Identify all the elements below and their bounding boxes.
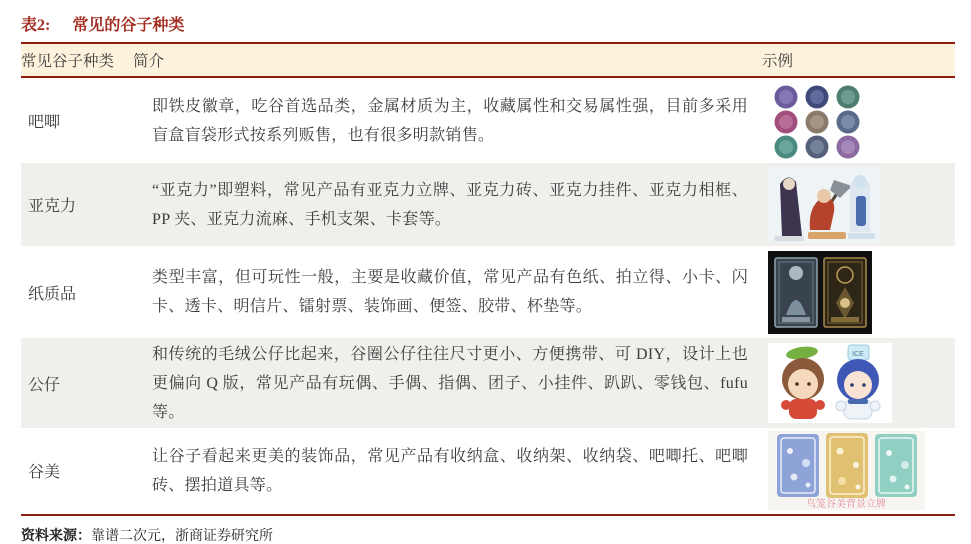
header-example-column: 示例 [759, 49, 955, 71]
ice-cube-label: ICE [852, 351, 864, 358]
row-type-label: 公仔 [21, 372, 152, 395]
table-title-text: 常见的谷子种类 [72, 12, 184, 35]
table-number: 表2: [21, 12, 50, 35]
table-bottom-border [21, 514, 955, 516]
badge-pins-image [768, 83, 866, 159]
row-type-label: 吧唧 [21, 109, 152, 132]
table-row: 纸质品 类型丰富，但可玩性一般，主要是收藏价值，常见产品有色纸、拍立得、小卡、闪… [21, 246, 955, 338]
row-type-label: 纸质品 [21, 281, 152, 304]
row-type-label: 亚克力 [21, 193, 152, 216]
table-row: 吧唧 即铁皮徽章，吃谷首选品类，金属材质为主，收藏属性和交易属性强，目前多采用盲… [21, 78, 955, 163]
row-example-cell: ICE [762, 340, 955, 426]
header-type-column: 常见谷子种类 [21, 49, 133, 71]
report-table: 表2: 常见的谷子种类 常见谷子种类 简介 示例 吧唧 即铁皮徽章，吃谷首选品类… [0, 0, 971, 544]
row-intro-text: “亚克力”即塑料，常见产品有亚克力立牌、亚克力砖、亚克力挂件、亚克力相框、PP … [152, 176, 762, 234]
row-example-cell: 鸟笼谷美背景立牌 [762, 428, 955, 513]
display-stands-caption: 鸟笼谷美背景立牌 [806, 497, 886, 510]
row-example-cell [762, 80, 955, 162]
acrylic-standees-image [768, 166, 881, 243]
table-row: 公仔 和传统的毛绒公仔比起来，谷圈公仔往往尺寸更小、方便携带、可 DIY，设计上… [21, 338, 955, 428]
row-example-cell [762, 248, 955, 337]
table-row: 亚克力 “亚克力”即塑料，常见产品有亚克力立牌、亚克力砖、亚克力挂件、亚克力相框… [21, 163, 955, 246]
plush-dolls-image: ICE [768, 343, 892, 423]
header-intro-column: 简介 [133, 49, 759, 71]
row-intro-text: 即铁皮徽章，吃谷首选品类，金属材质为主，收藏属性和交易属性强，目前多采用盲盒盲袋… [152, 92, 762, 150]
table-title: 表2: 常见的谷子种类 [21, 12, 955, 35]
source-note: 资料来源：靠谱二次元，浙商证券研究所 [21, 525, 955, 544]
collector-cards-image [768, 251, 872, 334]
display-stands-image: 鸟笼谷美背景立牌 [768, 431, 925, 510]
source-label: 资料来源： [21, 529, 91, 544]
table-header-row: 常见谷子种类 简介 示例 [21, 44, 955, 78]
source-text: 靠谱二次元，浙商证券研究所 [91, 529, 273, 544]
row-type-label: 谷美 [21, 459, 152, 482]
row-intro-text: 类型丰富，但可玩性一般，主要是收藏价值，常见产品有色纸、拍立得、小卡、闪卡、透卡… [152, 263, 762, 321]
table-row: 谷美 让谷子看起来更美的装饰品，常见产品有收纳盒、收纳架、收纳袋、吧唧托、吧唧砖… [21, 428, 955, 513]
row-intro-text: 让谷子看起来更美的装饰品，常见产品有收纳盒、收纳架、收纳袋、吧唧托、吧唧砖、摆拍… [152, 442, 762, 500]
row-intro-text: 和传统的毛绒公仔比起来，谷圈公仔往往尺寸更小、方便携带、可 DIY，设计上也更偏… [152, 340, 762, 427]
row-example-cell [762, 163, 955, 246]
